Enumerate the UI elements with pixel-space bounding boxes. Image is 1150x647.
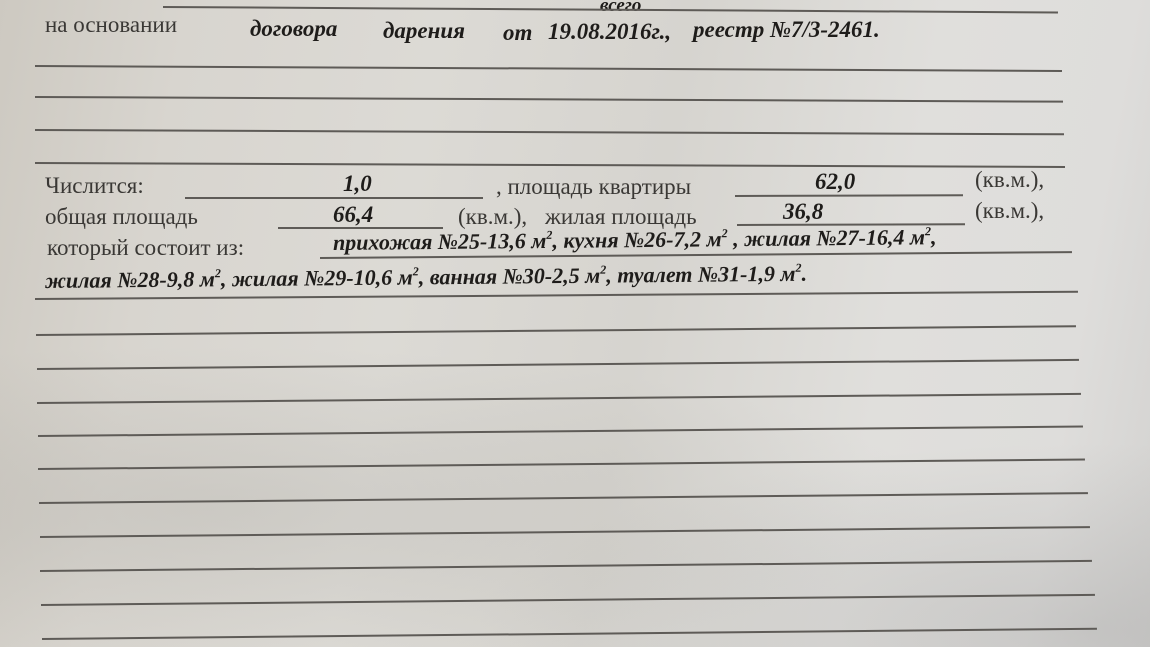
- rule-line: [35, 65, 1062, 72]
- rule-line: [37, 359, 1079, 370]
- rooms-line-1: прихожая №25-13,6 м2, кухня №26-7,2 м2 ,…: [333, 226, 937, 254]
- listed-underline: [185, 197, 483, 199]
- total-area-unit: (кв.м.),: [458, 205, 527, 228]
- living-area-label: жилая площадь: [545, 205, 697, 228]
- room-entry: ванная №30-2,5 м2,: [430, 263, 612, 290]
- top-fragment-text: всего: [600, 0, 641, 15]
- rooms-label: который состоит из:: [47, 236, 244, 259]
- room-entry: жилая №29-10,6 м2,: [232, 264, 425, 291]
- basis-word-1: договора: [250, 17, 337, 40]
- rule-line: [35, 96, 1063, 103]
- rule-line: [42, 628, 1097, 640]
- living-area-unit: (кв.м.),: [975, 199, 1044, 222]
- room-entry: прихожая №25-13,6 м2,: [333, 228, 558, 255]
- basis-label: на основании: [45, 13, 177, 36]
- total-area-value: 66,4: [333, 203, 373, 226]
- rule-line: [35, 162, 1065, 168]
- apartment-area-underline: [735, 194, 963, 196]
- basis-date: 19.08.2016г.,: [548, 20, 671, 43]
- document-page: всего на основании договора дарения от 1…: [0, 0, 1150, 647]
- listed-label: Числится:: [45, 174, 144, 197]
- rule-line: [36, 325, 1076, 336]
- apartment-area-label: , площадь квартиры: [496, 175, 691, 198]
- rule-line: [39, 492, 1088, 504]
- room-entry: кухня №26-7,2 м2 ,: [563, 226, 738, 253]
- total-area-label: общая площадь: [45, 205, 198, 228]
- room-entry: жилая №28-9,8 м2,: [45, 266, 227, 293]
- apartment-area-unit: (кв.м.),: [975, 168, 1044, 191]
- rule-line: [38, 458, 1085, 470]
- rule-line: [37, 393, 1081, 404]
- rule-line: [38, 426, 1083, 437]
- rooms-underline-2: [35, 291, 1078, 300]
- basis-word-3: от: [503, 21, 532, 44]
- listed-value: 1,0: [343, 172, 372, 195]
- rooms-line-2: жилая №28-9,8 м2, жилая №29-10,6 м2, ван…: [45, 263, 807, 292]
- basis-registry: реестр №7/3-2461.: [693, 18, 880, 41]
- rule-line: [40, 560, 1092, 572]
- living-area-value: 36,8: [783, 200, 823, 223]
- rule-line: [40, 526, 1090, 538]
- room-entry: туалет №31-1,9 м2.: [617, 261, 807, 288]
- rule-line: [35, 129, 1064, 135]
- rule-line: [41, 594, 1095, 606]
- room-entry: жилая №27-16,4 м2,: [744, 224, 937, 251]
- apartment-area-value: 62,0: [815, 170, 855, 193]
- basis-word-2: дарения: [383, 19, 465, 42]
